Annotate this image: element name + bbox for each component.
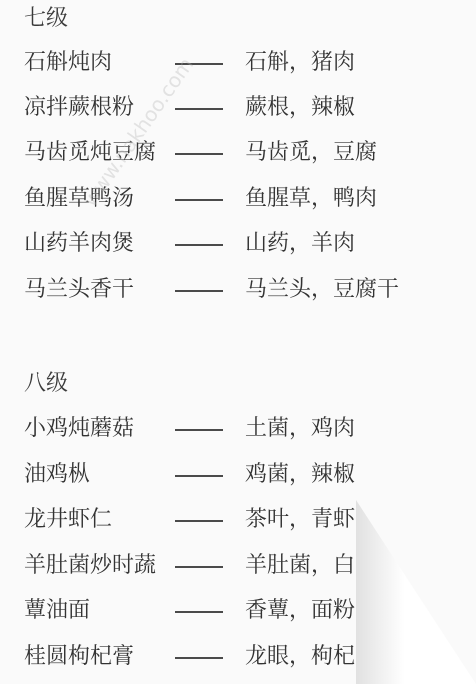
ingredients: 马齿觅，豆腐 [245, 138, 377, 168]
dash-separator [175, 108, 223, 110]
dish-name: 桂圆枸杞膏 [24, 642, 134, 672]
ingredients: 鸡菌，辣椒 [245, 460, 355, 490]
dash-separator [175, 199, 223, 201]
dash-separator [175, 429, 223, 431]
section-7-title: 七级 [24, 4, 68, 34]
dash-separator [175, 611, 223, 613]
dash-separator [175, 657, 223, 659]
dish-name: 小鸡炖蘑菇 [24, 414, 134, 444]
dash-separator [175, 153, 223, 155]
dish-name: 油鸡枞 [24, 460, 90, 490]
recipe-row: 小鸡炖蘑菇 土菌，鸡肉 [24, 414, 476, 444]
recipe-row: 龙井虾仁 茶叶，青虾 [24, 505, 476, 535]
dish-name: 羊肚菌炒时蔬 [24, 551, 156, 581]
ingredients: 土菌，鸡肉 [245, 414, 355, 444]
dish-name: 龙井虾仁 [24, 505, 112, 535]
dash-separator [175, 566, 223, 568]
ingredients: 茶叶，青虾 [245, 505, 355, 535]
recipe-row: 马兰头香干 马兰头，豆腐干 [24, 275, 476, 305]
ingredients: 羊肚菌，白 [245, 551, 355, 581]
dish-name: 鱼腥草鸭汤 [24, 184, 134, 214]
ingredients: 石斛，猪肉 [245, 48, 355, 78]
dash-separator [175, 520, 223, 522]
ingredients: 蕨根，辣椒 [245, 93, 355, 123]
recipe-row: 山药羊肉煲 山药，羊肉 [24, 229, 476, 259]
recipe-row: 石斛炖肉 石斛，猪肉 [24, 48, 476, 78]
ingredients: 山药，羊肉 [245, 229, 355, 259]
dish-name: 蕈油面 [24, 596, 90, 626]
ingredients: 鱼腥草，鸭肉 [245, 184, 377, 214]
dish-name: 山药羊肉煲 [24, 229, 134, 259]
recipe-row: 羊肚菌炒时蔬 羊肚菌，白 [24, 551, 476, 581]
dash-separator [175, 475, 223, 477]
recipe-row: 油鸡枞 鸡菌，辣椒 [24, 460, 476, 490]
dish-name: 凉拌蕨根粉 [24, 93, 134, 123]
ingredients: 马兰头，豆腐干 [245, 275, 399, 305]
ingredients: 龙眼，枸杞 [245, 642, 355, 672]
dash-separator [175, 290, 223, 292]
recipe-row: 马齿觅炖豆腐 马齿觅，豆腐 [24, 138, 476, 168]
ingredients: 香蕈，面粉 [245, 596, 355, 626]
dish-name: 马兰头香干 [24, 275, 134, 305]
dash-separator [175, 244, 223, 246]
recipe-row: 凉拌蕨根粉 蕨根，辣椒 [24, 93, 476, 123]
dish-name: 石斛炖肉 [24, 48, 112, 78]
section-8-title: 八级 [24, 369, 68, 399]
